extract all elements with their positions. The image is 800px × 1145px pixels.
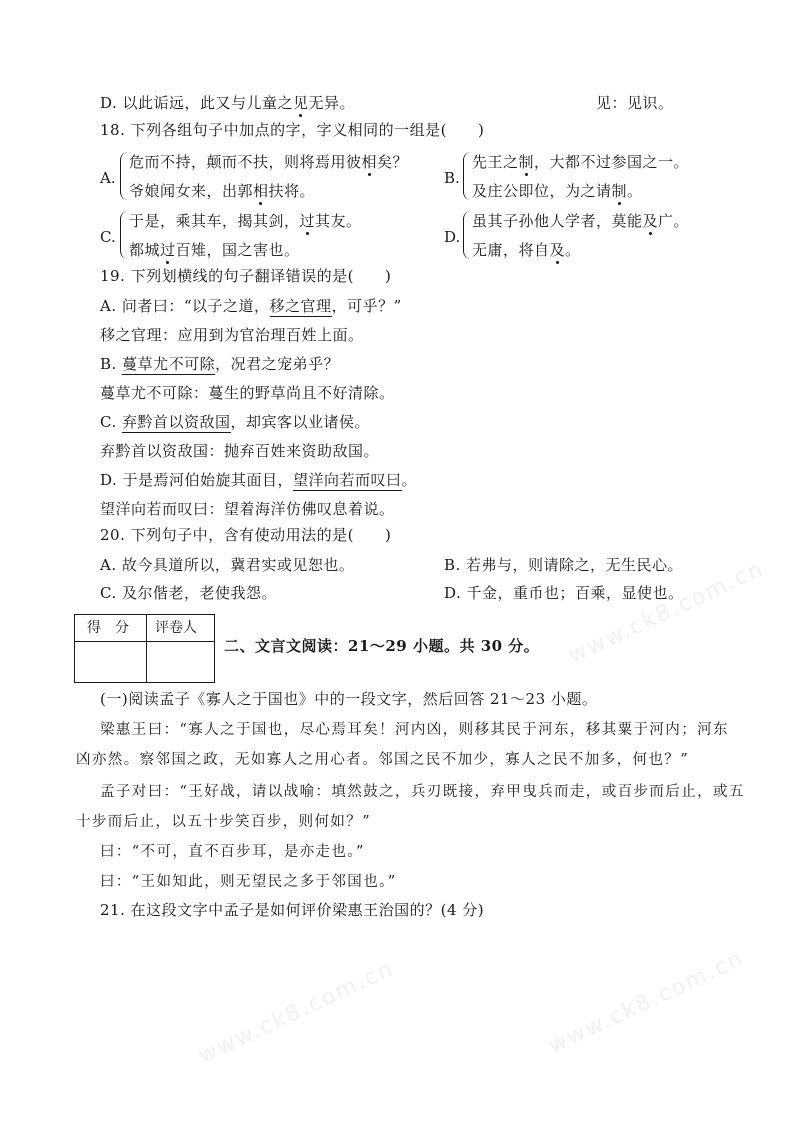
q17-option-d: D. 以此诟远，此又与儿童之见无异。 [100, 93, 355, 113]
text: 于是，乘其车，揭其剑， [129, 212, 300, 230]
grader-header: 评卷人 [155, 618, 197, 638]
text: 。 [565, 241, 581, 259]
text: 爷娘闻女来，出郭 [129, 182, 253, 200]
text: 扶将。 [269, 182, 316, 200]
q18-option-b-label: B. [444, 168, 460, 188]
q18-option-d-line1: 虽其子孙他人学者，莫能及广。 [472, 211, 689, 231]
passage-line: 十步而后止，以五十步笑百步，则何如？” [76, 812, 371, 832]
dotted-char: 及 [643, 212, 659, 230]
brace-icon [463, 211, 472, 259]
part1-intro: (一)阅读孟子《寡人之于国也》中的一段文字，然后回答 21～23 小题。 [100, 689, 597, 709]
q18-option-a-label: A. [100, 168, 116, 188]
dotted-char: 过 [300, 212, 316, 230]
dotted-char: 相 [362, 153, 378, 171]
dotted-char: 及 [550, 241, 566, 259]
grader-field[interactable] [149, 643, 211, 679]
brace-icon [120, 211, 129, 259]
q18-option-d-line2: 无庸，将自及。 [472, 240, 581, 260]
q18-option-c-line2: 都城过百雉，国之害也。 [129, 240, 300, 260]
q19-translation-b: 蔓草尤不可除：蔓生的野草尚且不好清除。 [100, 383, 395, 403]
text: 百雉，国之害也。 [176, 241, 300, 259]
text: 都城 [129, 241, 160, 259]
text: 无异。 [309, 94, 356, 112]
q17-note: 见：见识。 [596, 93, 674, 113]
q19-translation-c: 弃黔首以资敌国：抛弃百姓来资助敌国。 [100, 441, 379, 461]
score-table: 得 分 评卷人 [74, 614, 215, 683]
q18-stem: 18. 下列各组句子中加点的字，字义相同的一组是( ) [100, 120, 484, 140]
section-title: 二、文言文阅读：21～29 小题。共 30 分。 [224, 636, 539, 656]
q18-option-c-line1: 于是，乘其车，揭其剑，过其友。 [129, 211, 362, 231]
passage-line: 曰：“不可，直不百步耳，是亦走也。” [100, 842, 365, 862]
text: ，却宾客以业诸侯。 [231, 413, 371, 431]
text: D. 于是焉河伯始旋其面目， [100, 471, 293, 489]
dotted-char: 制 [612, 182, 628, 200]
text: D. 以此诟远，此又与儿童之 [100, 94, 293, 112]
text: ，况君之宠弟乎？ [215, 355, 339, 373]
text: 。 [402, 471, 418, 489]
q18-option-b-line1: 先王之制，大都不过参国之一。 [472, 152, 689, 172]
q19-item-b: B. 蔓草尤不可除，况君之宠弟乎？ [100, 354, 339, 374]
passage-line: 曰：“王如知此，则无望民之多于邻国也。” [100, 872, 397, 892]
q19-item-d: D. 于是焉河伯始旋其面目，望洋向若而叹曰。 [100, 470, 417, 490]
text: 。 [627, 182, 643, 200]
score-header: 得 分 [87, 618, 129, 638]
q20-option-b: B. 若弗与，则请除之，无生民心。 [444, 555, 683, 575]
text: B. [100, 355, 122, 373]
q18-option-a-line2: 爷娘闻女来，出郭相扶将。 [129, 181, 315, 201]
dotted-char: 相 [253, 182, 269, 200]
divider [146, 615, 147, 682]
text: ，大都不过参国之一。 [534, 153, 689, 171]
q21-stem: 21. 在这段文字中孟子是如何评价梁惠王治国的？(4 分) [100, 900, 484, 920]
brace-icon [463, 152, 472, 200]
text: 虽其子孙他人学者，莫能 [472, 212, 643, 230]
text: 无庸，将自 [472, 241, 550, 259]
q21-answer-area[interactable] [100, 930, 740, 1110]
text: 先王之 [472, 153, 519, 171]
q18-option-b-line2: 及庄公即位，为之请制。 [472, 181, 643, 201]
text: 其友。 [315, 212, 362, 230]
q19-stem: 19. 下列划横线的句子翻译错误的是( ) [100, 266, 391, 286]
q18-option-d-label: D. [444, 227, 460, 247]
divider [75, 641, 214, 642]
text: ，可乎？” [332, 297, 402, 315]
text: 广。 [658, 212, 689, 230]
passage-line: 凶亦然。察邻国之政，无如寡人之用心者。邻国之民不加少，寡人之民不加多，何也？” [76, 750, 689, 770]
text: 危而不持，颠而不扶，则将焉用彼 [129, 153, 362, 171]
passage-line: 梁惠王曰：“寡人之于国也，尽心焉耳矣！河内凶，则移其民于河东，移其粟于河内；河东 [100, 720, 729, 740]
text: 矣？ [377, 153, 408, 171]
dotted-char: 制 [519, 153, 535, 171]
text: A. 问者曰：“以子之道， [100, 297, 270, 315]
score-field[interactable] [77, 643, 143, 679]
dotted-char: 见 [293, 94, 309, 112]
dotted-char: 过 [160, 241, 176, 259]
q18-option-a-line1: 危而不持，颠而不扶，则将焉用彼相矣？ [129, 152, 408, 172]
underlined-text: 弃黔首以资敌国 [122, 413, 231, 433]
q20-stem: 20. 下列句子中，含有使动用法的是( ) [100, 525, 391, 545]
passage-line: 孟子对曰：“王好战，请以战喻：填然鼓之，兵刃既接，弃甲曳兵而走，或百步而后止，或… [100, 782, 745, 802]
underlined-text: 望洋向若而叹曰 [293, 471, 402, 491]
q20-option-d: D. 千金，重币也；百乘，显使也。 [444, 583, 684, 603]
q19-translation-d: 望洋向若而叹曰：望着海洋仿佛叹息着说。 [100, 499, 395, 519]
underlined-text: 移之官理 [270, 297, 332, 317]
q20-option-c: C. 及尔偕老，老使我怨。 [100, 583, 277, 603]
brace-icon [120, 152, 129, 200]
q19-item-c: C. 弃黔首以资敌国，却宾客以业诸侯。 [100, 412, 370, 432]
underlined-text: 蔓草尤不可除 [122, 355, 215, 375]
q19-translation-a: 移之官理：应用到为官治理百姓上面。 [100, 325, 364, 345]
q19-item-a: A. 问者曰：“以子之道，移之官理，可乎？” [100, 296, 402, 316]
q20-option-a: A. 故今具道所以，冀君实或见恕也。 [100, 555, 354, 575]
q18-option-c-label: C. [100, 227, 116, 247]
text: C. [100, 413, 122, 431]
text: 及庄公即位，为之请 [472, 182, 612, 200]
